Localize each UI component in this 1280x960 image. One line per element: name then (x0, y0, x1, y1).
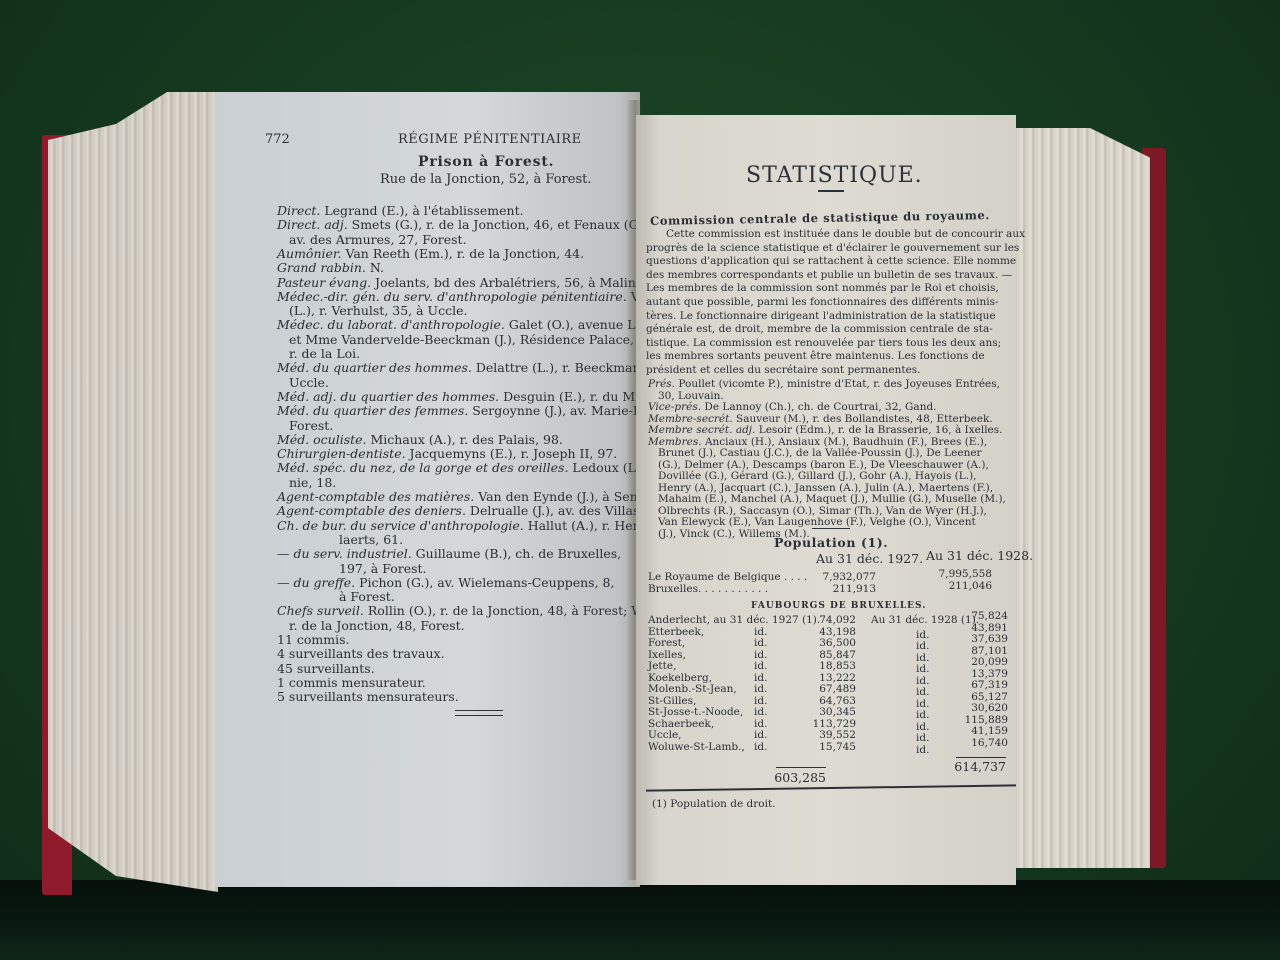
paragraph-line: président et celles du secrétaire sont p… (646, 363, 921, 377)
staff-text: Pichon (G.), av. Wielemans-Ceuppens, 8, (355, 575, 614, 590)
section-address: Rue de la Jonction, 52, à Forest. (380, 172, 591, 187)
staff-entry: av. des Armures, 27, Forest. (289, 233, 467, 247)
staff-text: nie, 18. (289, 475, 336, 490)
footnote-rule (646, 784, 1016, 791)
staff-role: Médec. du laborat. d'anthropologie. (277, 317, 505, 332)
staff-entry: Aumônier. Van Reeth (Em.), r. de la Jonc… (277, 247, 584, 261)
staff-text: 1 commis mensurateur. (277, 675, 426, 690)
paragraph-line: autant que possible, parmi les fonctionn… (646, 295, 999, 309)
paragraph-line: des membres correspondants et publie un … (646, 268, 1012, 282)
staff-text: Michaux (A.), r. des Palais, 98. (367, 432, 563, 447)
staff-entry: 1 commis mensurateur. (277, 676, 426, 690)
staff-role: Chirurgien-dentiste. (277, 446, 406, 461)
staff-text: 4 surveillants des travaux. (277, 646, 445, 661)
staff-entry: (L.), r. Verhulst, 35, à Uccle. (289, 304, 467, 318)
member-text: Poullet (vicomte P.), ministre d'Etat, r… (675, 378, 1000, 390)
staff-entry: r. de la Loi. (289, 347, 360, 361)
staff-text: av. des Armures, 27, Forest. (289, 232, 467, 247)
running-head: RÉGIME PÉNITENTIAIRE (398, 132, 582, 147)
paragraph-line: tères. Le fonctionnaire dirigeant l'admi… (646, 309, 996, 323)
staff-entry: — du greffe. Pichon (G.), av. Wielemans-… (277, 576, 614, 590)
staff-entry: 45 surveillants. (277, 662, 375, 676)
paragraph-line: Cette commission est instituée dans le d… (666, 227, 1025, 241)
staff-role: Méd. du quartier des femmes. (277, 403, 468, 418)
staff-entry: 5 surveillants mensurateurs. (277, 690, 459, 704)
staff-entry: Agent-comptable des deniers. Delrualle (… (277, 504, 667, 518)
staff-text: r. de la Loi. (289, 346, 360, 361)
staff-text: laerts, 61. (339, 532, 403, 547)
paragraph-line: Les membres de la commission sont nommés… (646, 281, 999, 295)
staff-text: . Guillaume (B.), ch. de Bruxelles, (408, 546, 621, 561)
staff-role: Méd. du quartier des hommes. (277, 360, 472, 375)
staff-entry: — du serv. industriel. Guillaume (B.), c… (277, 547, 621, 561)
staff-text: et Mme Vandervelde-Beeckman (J.), Réside… (289, 332, 677, 347)
staff-entry: Médec. du laborat. d'anthropologie. Gale… (277, 318, 685, 332)
title-rule (818, 190, 844, 192)
ditto-mark: id. (754, 740, 767, 754)
paragraph-line: questions d'application qui se rattachen… (646, 254, 1016, 268)
staff-role: Agent-comptable des deniers. (277, 503, 466, 518)
staff-entry: Chirurgien-dentiste. Jacquemyns (E.), r.… (277, 447, 617, 461)
sum-rule-1927 (776, 767, 826, 768)
left-page: 772 RÉGIME PÉNITENTIAIRE Prison à Forest… (215, 92, 640, 887)
paragraph-line: tistique. La commission est renouvelée p… (646, 336, 1001, 350)
staff-entry: Agent-comptable des matières. Van den Ey… (277, 490, 665, 504)
population-1927: 211,913 (806, 582, 876, 596)
commission-heading: Commission centrale de statistique du ro… (650, 208, 990, 228)
population-1928: 16,740 (956, 736, 1008, 750)
page-number: 772 (265, 132, 290, 147)
staff-entry: Uccle. (289, 376, 329, 390)
population-label: Bruxelles. . . . . . . . . . . (648, 582, 768, 596)
section-rule (812, 528, 850, 529)
page-stack-left (48, 92, 218, 892)
staff-role: Chefs surveil. (277, 603, 364, 618)
staff-entry: à Forest. (339, 590, 395, 604)
staff-text: r. de la Jonction, 48, Forest. (289, 618, 465, 633)
staff-text: 11 commis. (277, 632, 350, 647)
section-title: Prison à Forest. (418, 154, 554, 170)
staff-text: Forest. (289, 418, 333, 433)
staff-text: N. (366, 260, 384, 275)
staff-entry: 11 commis. (277, 633, 350, 647)
staff-role: Aumônier. (277, 246, 341, 261)
staff-text: à Forest. (339, 589, 395, 604)
staff-text: (L.), r. Verhulst, 35, à Uccle. (289, 303, 467, 318)
ditto-mark: id. (916, 743, 929, 757)
staff-entry: Direct. adj. Smets (G.), r. de la Joncti… (277, 218, 651, 232)
staff-text: Jacquemyns (E.), r. Joseph II, 97. (406, 446, 618, 461)
staff-entry: 197, à Forest. (339, 562, 427, 576)
staff-entry: Forest. (289, 419, 333, 433)
paragraph-line: les membres sortants peuvent être mainte… (646, 349, 985, 363)
staff-text: 5 surveillants mensurateurs. (277, 689, 459, 704)
sum-rule-1928 (956, 757, 1006, 758)
table-shadow (0, 880, 1280, 960)
col-header-1927: Au 31 déc. 1927. (816, 552, 923, 566)
col-header-1928: Au 31 déc. 1928. (926, 549, 1033, 563)
staff-entry: 4 surveillants des travaux. (277, 647, 445, 661)
staff-role: Grand rabbin. (277, 260, 366, 275)
staff-entry: Grand rabbin. N. (277, 261, 384, 275)
staff-text: Van Reeth (Em.), r. de la Jonction, 44. (341, 246, 584, 261)
faubourgs-heading: FAUBOURGS DE BRUXELLES. (751, 601, 926, 611)
staff-text: Legrand (E.), à l'établissement. (320, 203, 523, 218)
staff-entry: et Mme Vandervelde-Beeckman (J.), Réside… (289, 333, 677, 347)
population-1927: 15,745 (796, 740, 856, 754)
staff-role: Agent-comptable des matières. (277, 489, 474, 504)
staff-role: — du serv. industriel (277, 546, 408, 561)
footnote: (1) Population de droit. (652, 797, 776, 811)
staff-role: Ch. de bur. du service d'anthropologie. (277, 518, 524, 533)
total-1928: 614,737 (946, 760, 1006, 774)
staff-role: Pasteur évang. (277, 275, 371, 290)
staff-role: Direct. adj. (277, 217, 348, 232)
staff-entry: nie, 18. (289, 476, 336, 490)
staff-role: Méd. oculiste. (277, 432, 367, 447)
staff-role: Méd. spéc. du nez, de la gorge et des or… (277, 460, 568, 475)
staff-role: — du greffe. (277, 575, 355, 590)
paragraph-line: générale est, de droit, membre de la com… (646, 322, 993, 336)
staff-text: Smets (G.), r. de la Jonction, 46, et Fe… (348, 217, 651, 232)
staff-entry: Méd. du quartier des hommes. Delattre (L… (277, 361, 668, 375)
paragraph-line: progrès de la science statistique et d'é… (646, 241, 1019, 255)
commune-name: Woluwe-St-Lamb., (648, 740, 745, 754)
population-heading: Population (1). (774, 535, 888, 550)
chapter-title: STATISTIQUE. (746, 163, 923, 188)
staff-entry: laerts, 61. (339, 533, 403, 547)
staff-text: 45 surveillants. (277, 661, 375, 676)
right-page: STATISTIQUE. Commission centrale de stat… (636, 115, 1016, 885)
staff-role: Direct. (277, 203, 320, 218)
staff-text: Uccle. (289, 375, 329, 390)
staff-role: Méd. adj. du quartier des hommes. (277, 389, 499, 404)
staff-text: Joelants, bd des Arbalétriers, 56, à Mal… (371, 275, 654, 290)
staff-entry: Pasteur évang. Joelants, bd des Arbalétr… (277, 276, 654, 290)
staff-entry: r. de la Jonction, 48, Forest. (289, 619, 465, 633)
population-1928: 211,046 (926, 579, 992, 593)
staff-entry: Méd. oculiste. Michaux (A.), r. des Pala… (277, 433, 563, 447)
staff-role: Médec.-dir. gén. du serv. d'anthropologi… (277, 289, 627, 304)
end-ornament (455, 710, 503, 716)
staff-text: 197, à Forest. (339, 561, 427, 576)
total-1927: 603,285 (766, 771, 826, 785)
staff-entry: Direct. Legrand (E.), à l'établissement. (277, 204, 524, 218)
